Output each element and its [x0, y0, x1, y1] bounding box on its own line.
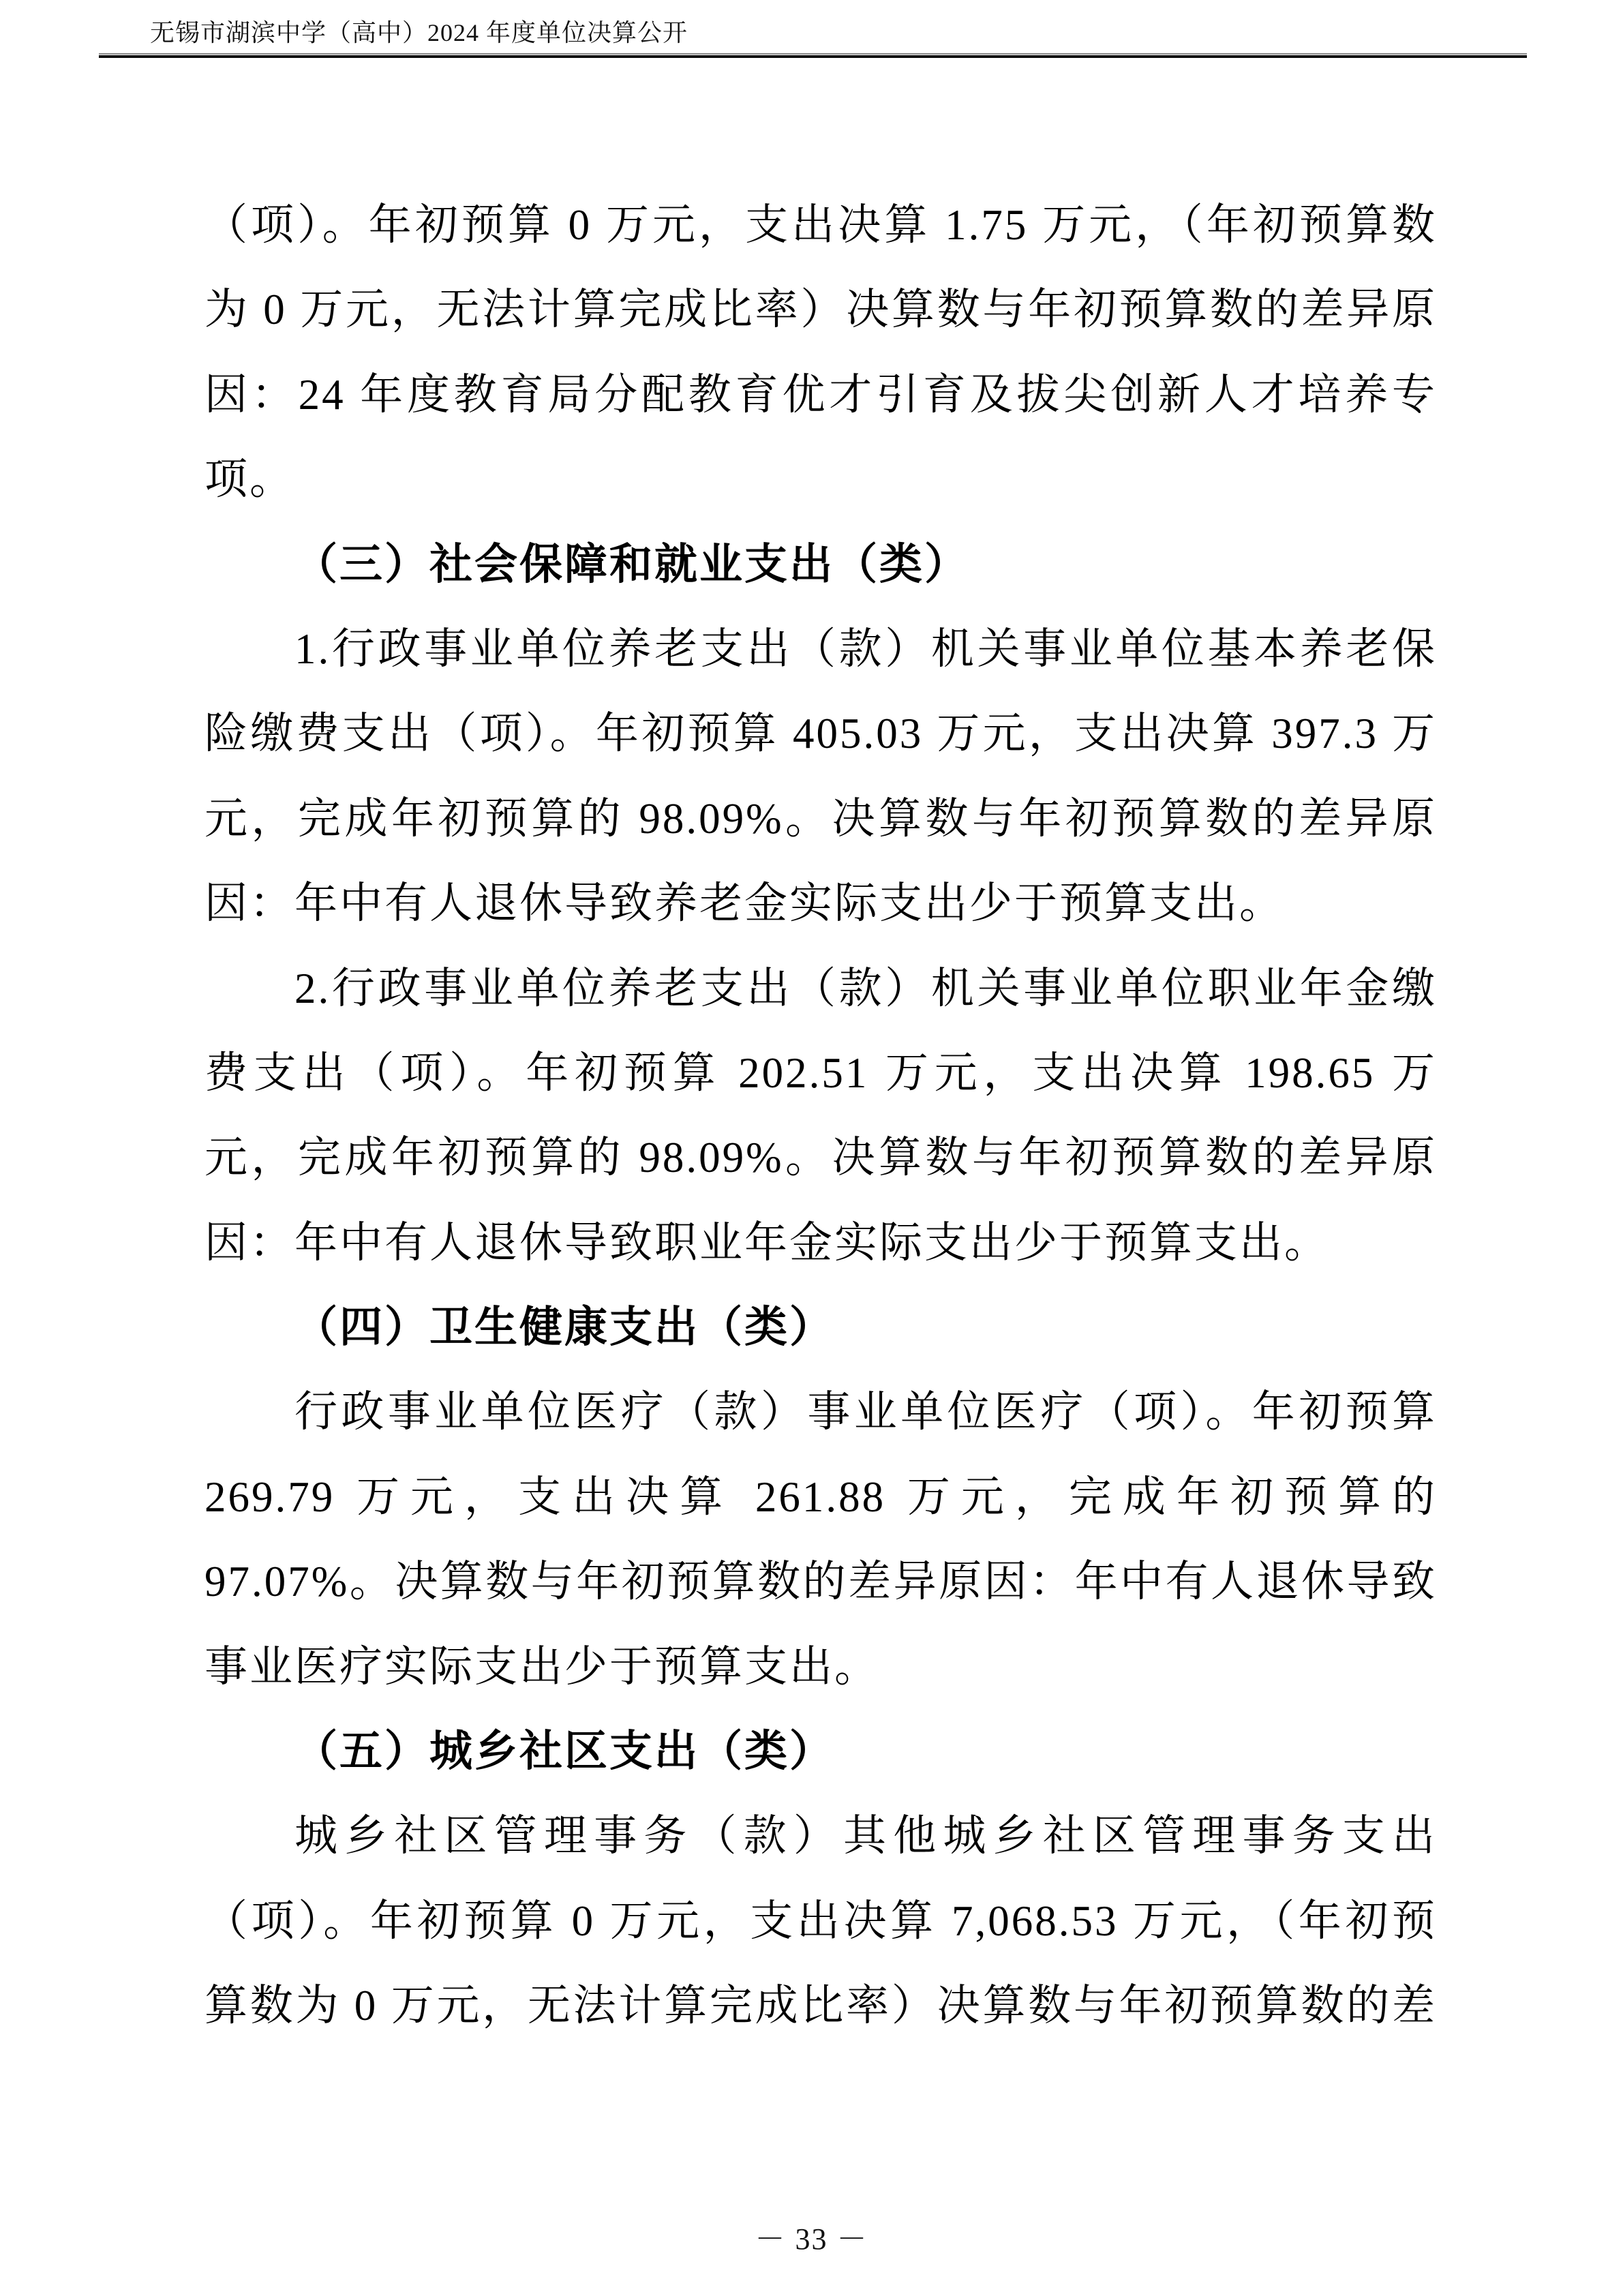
header-divider-thin-line [99, 53, 1527, 55]
document-body: （项）。年初预算 0 万元，支出决算 1.75 万元，（年初预算数 为 0 万元… [204, 183, 1437, 2049]
body-line: 2.行政事业单位养老支出（款）机关事业单位职业年金缴 [204, 946, 1437, 1031]
body-line: 城乡社区管理事务（款）其他城乡社区管理事务支出 [204, 1794, 1437, 1878]
body-line: 因：年中有人退休导致职业年金实际支出少于预算支出。 [204, 1200, 1437, 1285]
body-line: 因：年中有人退休导致养老金实际支出少于预算支出。 [204, 861, 1437, 946]
body-line: 97.07%。决算数与年初预算数的差异原因：年中有人退休导致 [204, 1539, 1437, 1624]
section-heading-3: （三）社会保障和就业支出（类） [204, 522, 1437, 607]
page-number: － 33 － [0, 2214, 1623, 2258]
body-line: 费支出（项）。年初预算 202.51 万元，支出决算 198.65 万 [204, 1031, 1437, 1115]
body-line: 元，完成年初预算的 98.09%。决算数与年初预算数的差异原 [204, 776, 1437, 861]
body-line: 事业医疗实际支出少于预算支出。 [204, 1625, 1437, 1709]
header-divider [99, 53, 1527, 58]
body-line: 元，完成年初预算的 98.09%。决算数与年初预算数的差异原 [204, 1115, 1437, 1200]
body-line: 为 0 万元，无法计算完成比率）决算数与年初预算数的差异原 [204, 267, 1437, 352]
body-line: 项。 [204, 437, 1437, 522]
body-line: 险缴费支出（项）。年初预算 405.03 万元，支出决算 397.3 万 [204, 691, 1437, 776]
document-page: 无锡市湖滨中学（高中）2024 年度单位决算公开 （项）。年初预算 0 万元，支… [0, 0, 1623, 2296]
body-line: 269.79 万元，支出决算 261.88 万元，完成年初预算的 [204, 1455, 1437, 1539]
body-line: （项）。年初预算 0 万元，支出决算 7,068.53 万元，（年初预 [204, 1879, 1437, 1963]
body-line: 因：24 年度教育局分配教育优才引育及拔尖创新人才培养专 [204, 352, 1437, 437]
body-line: 1.行政事业单位养老支出（款）机关事业单位基本养老保 [204, 607, 1437, 691]
body-line: 算数为 0 万元，无法计算完成比率）决算数与年初预算数的差 [204, 1963, 1437, 2048]
section-heading-4: （四）卫生健康支出（类） [204, 1285, 1437, 1370]
body-line: 行政事业单位医疗（款）事业单位医疗（项）。年初预算 [204, 1370, 1437, 1454]
page-header-title: 无锡市湖滨中学（高中）2024 年度单位决算公开 [150, 18, 688, 48]
body-line: （项）。年初预算 0 万元，支出决算 1.75 万元，（年初预算数 [204, 183, 1437, 267]
section-heading-5: （五）城乡社区支出（类） [204, 1709, 1437, 1794]
header-divider-thick-line [99, 55, 1527, 58]
